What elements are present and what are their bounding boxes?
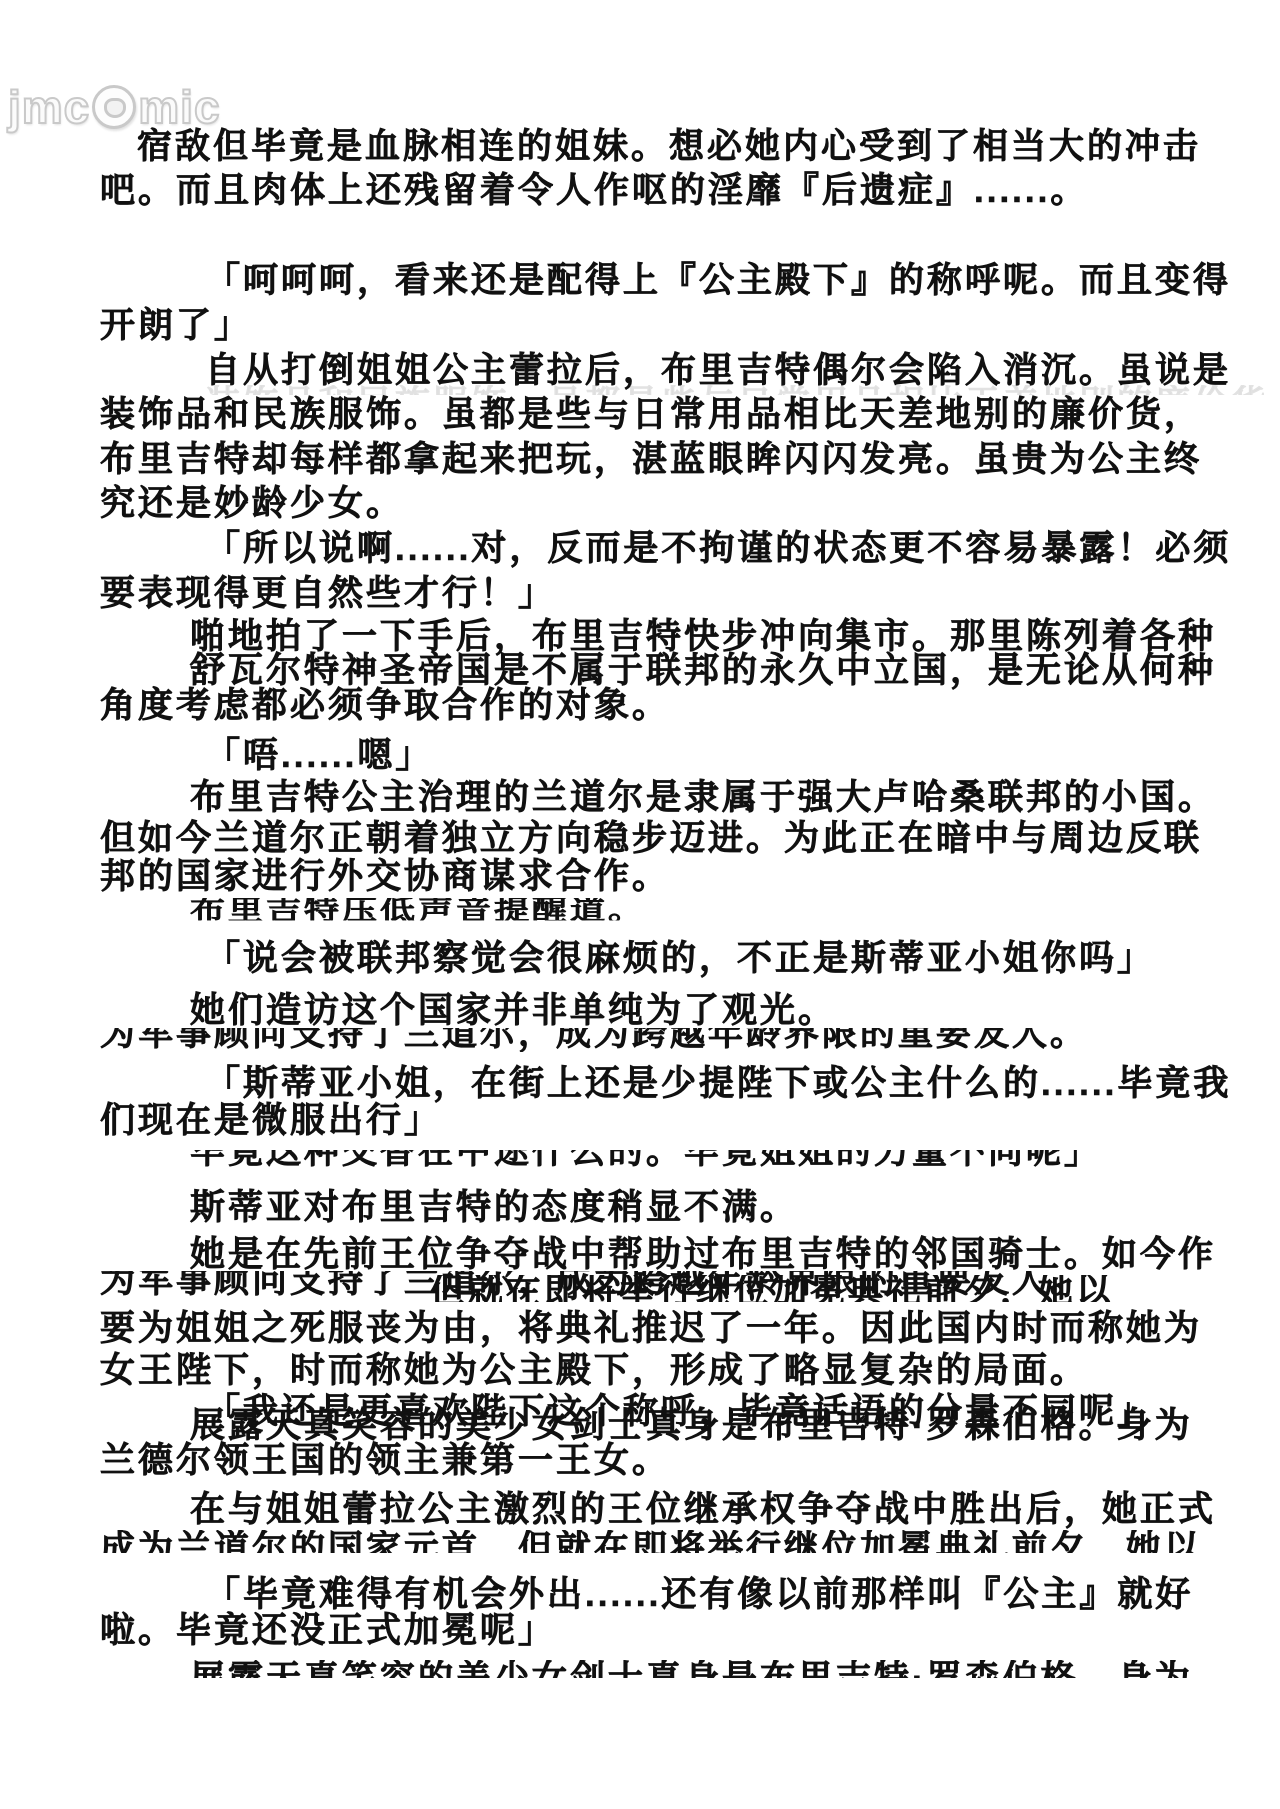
text-line: 布里吉特压低声音提醒道。 (190, 898, 646, 920)
text-line: 「呵呵呵，看来还是配得上『公主殿下』的称呼呢。而且变得 (205, 262, 1231, 300)
text-line-content: 「所以说啊......对，反而是不拘谨的状态更不容易暴露！必须 (205, 530, 1231, 568)
text-line-content: 布里吉特公主治理的兰道尔是隶属于强大卢哈桑联邦的小国。 (190, 779, 1216, 817)
text-line: 斯蒂亚对布里吉特的态度稍显不满。 (190, 1189, 798, 1227)
text-line: 们现在是微服出行」 (100, 1102, 442, 1140)
text-line: 成为兰道尔的国家元首，但就在即将举行继位加冕典礼前夕，她以 (100, 1530, 1202, 1553)
text-line-content: 展露天真笑容的美少女剑士真身是布里吉特·罗森伯格。身为 (190, 1407, 1193, 1445)
text-line-content: 「毕竟难得有机会外出......还有像以前那样叫『公主』就好 (205, 1576, 1193, 1614)
text-line: 「唔......嗯」 (205, 737, 433, 775)
text-line-content: 但如今兰道尔正朝着独立方向稳步迈进。为此正在暗中与周边反联 (100, 820, 1202, 858)
text-line: 角度考虑都必须争取合作的对象。 (100, 687, 670, 725)
text-line: 「毕竟难得有机会外出......还有像以前那样叫『公主』就好 (205, 1576, 1193, 1614)
text-line-content: 毕竟这种交替在中途什么的。毕竟姐姐的力量不同呢」 (190, 1150, 1102, 1169)
text-line: 要为姐姐之死服丧为由，将典礼推迟了一年。因此国内时而称她为 (100, 1310, 1202, 1348)
text-line: 展露天真笑容的美少女剑士真身是布里吉特·罗森伯格，身为 (190, 1660, 1193, 1678)
text-line: 但就在即将举行继位加冕典礼前夕，她以 (430, 1275, 1114, 1302)
text-line: 毕竟这种交替在中途什么的。毕竟姐姐的力量不同呢」 (190, 1150, 1102, 1169)
text-line: 布里吉特却每样都拿起来把玩，湛蓝眼眸闪闪发亮。虽贵为公主终 (100, 441, 1202, 479)
text-line-content: 要为姐姐之死服丧为由，将典礼推迟了一年。因此国内时而称她为 (100, 1310, 1202, 1348)
text-line-content: 展露天真笑容的美少女剑士真身是布里吉特·罗森伯格，身为 (190, 1660, 1193, 1678)
text-line: 吧。而且肉体上还残留着令人作呕的淫靡『后遗症』......。 (100, 172, 1088, 210)
text-line: 宿敌但毕竟是血脉相连的姐妹。想必她内心受到了相当大的冲击 (137, 128, 1201, 166)
text-line-content: 在与姐姐蕾拉公主激烈的王位继承权争夺战中胜出后，她正式 (190, 1491, 1216, 1529)
text-line-content: 斯蒂亚对布里吉特的态度稍显不满。 (190, 1189, 798, 1227)
text-line: 装饰品和民族服饰。虽都是些与日常用品相比天差地别的廉价货 (205, 385, 1269, 395)
text-line: 兰德尔领王国的领主兼第一王女。 (100, 1442, 670, 1480)
text-line-content: 装饰品和民族服饰。虽都是些与日常用品相比天差地别的廉价货 (205, 385, 1269, 395)
text-line: 要表现得更自然些才行！」 (100, 575, 556, 613)
text-line-content: 们现在是微服出行」 (100, 1102, 442, 1140)
text-line: 「说会被联邦察觉会很麻烦的，不正是斯蒂亚小姐你吗」 (205, 940, 1155, 978)
watermark-text-left: jmc (8, 80, 90, 134)
text-line-content: 她是在先前王位争夺战中帮助过布里吉特的邻国骑士。如今作 (190, 1236, 1216, 1274)
text-line: 为军事顾问支持了兰道尔，成为跨越年龄界限的重要友人。 (100, 1028, 1088, 1052)
text-line-content: 她们造访这个国家并非单纯为了观光。 (190, 992, 836, 1030)
text-line-content: 角度考虑都必须争取合作的对象。 (100, 687, 670, 725)
text-line: 她是在先前王位争夺战中帮助过布里吉特的邻国骑士。如今作 (190, 1236, 1216, 1274)
text-line: 她们造访这个国家并非单纯为了观光。 (190, 992, 836, 1030)
text-line-content: 为军事顾问支持了兰道尔，成为跨越年龄界限的重要友人。 (100, 1028, 1088, 1052)
text-line: 开朗了」 (100, 307, 252, 345)
text-line-content: 舒瓦尔特神圣帝国是不属于联邦的永久中立国，是无论从何种 (190, 652, 1216, 690)
text-line: 「斯蒂亚小姐，在街上还是少提陛下或公主什么的......毕竟我 (205, 1065, 1231, 1103)
text-line: 装饰品和民族服饰。虽都是些与日常用品相比天差地别的廉价货， (100, 396, 1202, 434)
text-line-content: 布里吉特却每样都拿起来把玩，湛蓝眼眸闪闪发亮。虽贵为公主终 (100, 441, 1202, 479)
text-line-content: 邦的国家进行外交协商谋求合作。 (100, 858, 670, 896)
jmcomic-logo-mascot-icon (92, 85, 136, 129)
novel-page: jmcmic 宿敌但毕竟是血脉相连的姐妹。想必她内心受到了相当大的冲击吧。而且肉… (0, 0, 1280, 1809)
text-line-content: 「唔......嗯」 (205, 737, 433, 775)
text-line-content: 兰德尔领王国的领主兼第一王女。 (100, 1442, 670, 1480)
text-line-content: 布里吉特压低声音提醒道。 (190, 898, 646, 920)
text-line-content: 但就在即将举行继位加冕典礼前夕，她以 (430, 1275, 1114, 1302)
text-line: 舒瓦尔特神圣帝国是不属于联邦的永久中立国，是无论从何种 (190, 652, 1216, 690)
watermark-text-right: mic (138, 80, 220, 134)
text-line-content: 女王陛下，时而称她为公主殿下，形成了略显复杂的局面。 (100, 1352, 1088, 1390)
text-line: 在与姐姐蕾拉公主激烈的王位继承权争夺战中胜出后，她正式 (190, 1491, 1216, 1529)
text-line-content: 宿敌但毕竟是血脉相连的姐妹。想必她内心受到了相当大的冲击 (137, 128, 1201, 166)
text-line-content: 吧。而且肉体上还残留着令人作呕的淫靡『后遗症』......。 (100, 172, 1088, 210)
text-line: 布里吉特公主治理的兰道尔是隶属于强大卢哈桑联邦的小国。 (190, 779, 1216, 817)
text-line-content: 「斯蒂亚小姐，在街上还是少提陛下或公主什么的......毕竟我 (205, 1065, 1231, 1103)
text-line: 展露天真笑容的美少女剑士真身是布里吉特·罗森伯格。身为 (190, 1407, 1193, 1445)
text-line: 但如今兰道尔正朝着独立方向稳步迈进。为此正在暗中与周边反联 (100, 820, 1202, 858)
text-line-content: 「呵呵呵，看来还是配得上『公主殿下』的称呼呢。而且变得 (205, 262, 1231, 300)
jmcomic-watermark: jmcmic (8, 80, 221, 134)
text-line-content: 啦。毕竟还没正式加冕呢」 (100, 1612, 556, 1650)
text-line-content: 开朗了」 (100, 307, 252, 345)
text-line: 究还是妙龄少女。 (100, 485, 404, 523)
text-line-content: 要表现得更自然些才行！」 (100, 575, 556, 613)
text-line: 「所以说啊......对，反而是不拘谨的状态更不容易暴露！必须 (205, 530, 1231, 568)
text-line: 邦的国家进行外交协商谋求合作。 (100, 858, 670, 896)
text-line: 啦。毕竟还没正式加冕呢」 (100, 1612, 556, 1650)
text-line-content: 成为兰道尔的国家元首，但就在即将举行继位加冕典礼前夕，她以 (100, 1530, 1202, 1553)
text-line-content: 「说会被联邦察觉会很麻烦的，不正是斯蒂亚小姐你吗」 (205, 940, 1155, 978)
text-line-content: 究还是妙龄少女。 (100, 485, 404, 523)
text-line: 女王陛下，时而称她为公主殿下，形成了略显复杂的局面。 (100, 1352, 1088, 1390)
text-line-content: 装饰品和民族服饰。虽都是些与日常用品相比天差地别的廉价货， (100, 396, 1202, 434)
